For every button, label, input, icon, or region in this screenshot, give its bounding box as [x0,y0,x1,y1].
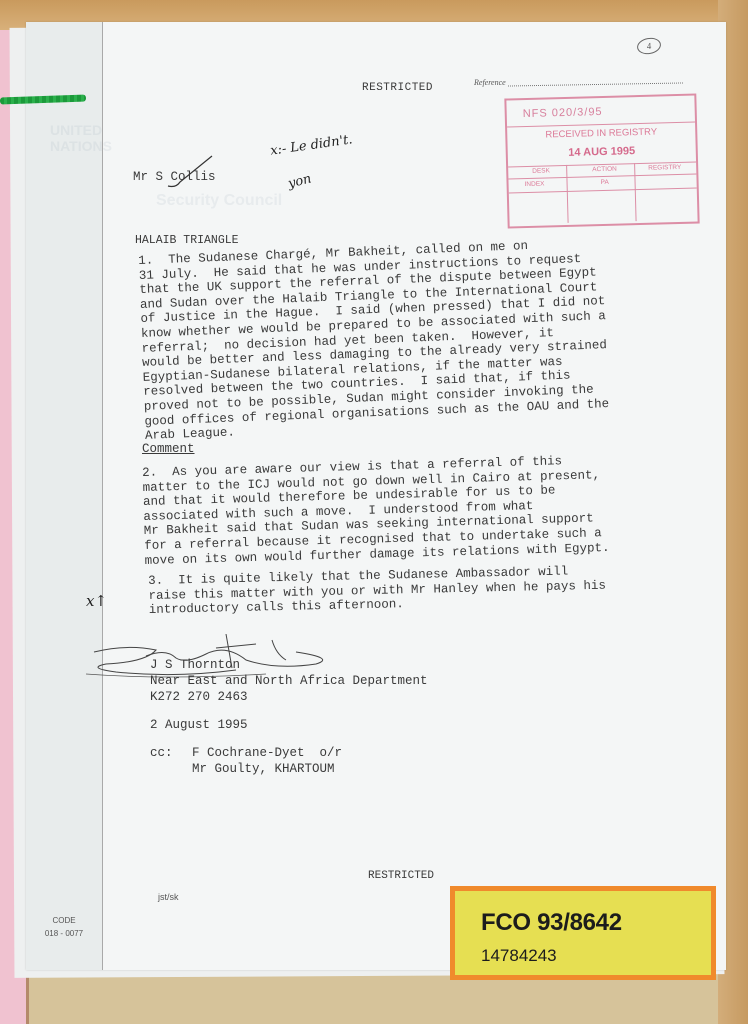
page-number: 4 [636,36,662,56]
memo-date: 2 August 1995 [150,718,248,732]
stamp-sub-pa: PA [600,179,608,186]
reference-line [508,82,683,86]
archive-reference-label: FCO 93/8642 14784243 [450,886,716,980]
stamp-column-line [634,163,637,221]
classification-footer: RESTRICTED [368,870,434,882]
typist-reference: jst/sk [158,892,179,902]
margin-strip [26,22,103,970]
reference-label: Reference [474,78,506,87]
cc-recipient: Mr Goulty, KHARTOUM [192,762,335,776]
stamp-title: RECEIVED IN REGISTRY [507,126,695,142]
form-code-value: 018 - 0077 [26,927,102,940]
stamp-divider [509,188,697,194]
classification-header: RESTRICTED [362,82,433,94]
stamp-col-registry: REGISTRY [648,164,681,172]
show-through-text: UNITEDNATIONS [50,122,112,154]
handwritten-initials: yon [287,171,313,191]
stamp-date: 14 AUG 1995 [508,144,696,161]
stamp-column-line [566,165,569,223]
stamp-col-action: ACTION [592,166,617,174]
registry-stamp: NFS 020/3/95 RECEIVED IN REGISTRY 14 AUG… [504,94,699,229]
signatory-department: Near East and North Africa Department [150,674,428,688]
cc-label: cc: [150,746,173,760]
archive-item-id: 14784243 [481,946,557,966]
memo-page: UNITEDNATIONS Security Council 4 RESTRIC… [26,22,726,970]
stamp-sub-index: INDEX [524,181,544,189]
archive-reference: FCO 93/8642 [481,909,622,937]
signatory-phone: K272 270 2463 [150,690,248,704]
cc-recipient: F Cochrane-Dyet o/r [192,746,342,760]
signatory-name: J S Thornton [150,658,240,672]
text-line: Arab League. [145,426,235,443]
form-code-label: CODE [26,914,102,927]
stamp-col-desk: DESK [532,167,550,174]
show-through-text: Security Council [156,192,282,210]
form-code: CODE 018 - 0077 [26,914,102,940]
margin-annotation: x↑ [86,592,107,610]
tick-mark-icon [166,152,216,192]
stamp-file-ref: NFS 020/3/95 [523,106,603,120]
subject-heading: HALAIB TRIANGLE [135,234,239,247]
handwritten-note: x:- Le didn't. [269,132,353,158]
comment-heading: Comment [142,442,195,456]
